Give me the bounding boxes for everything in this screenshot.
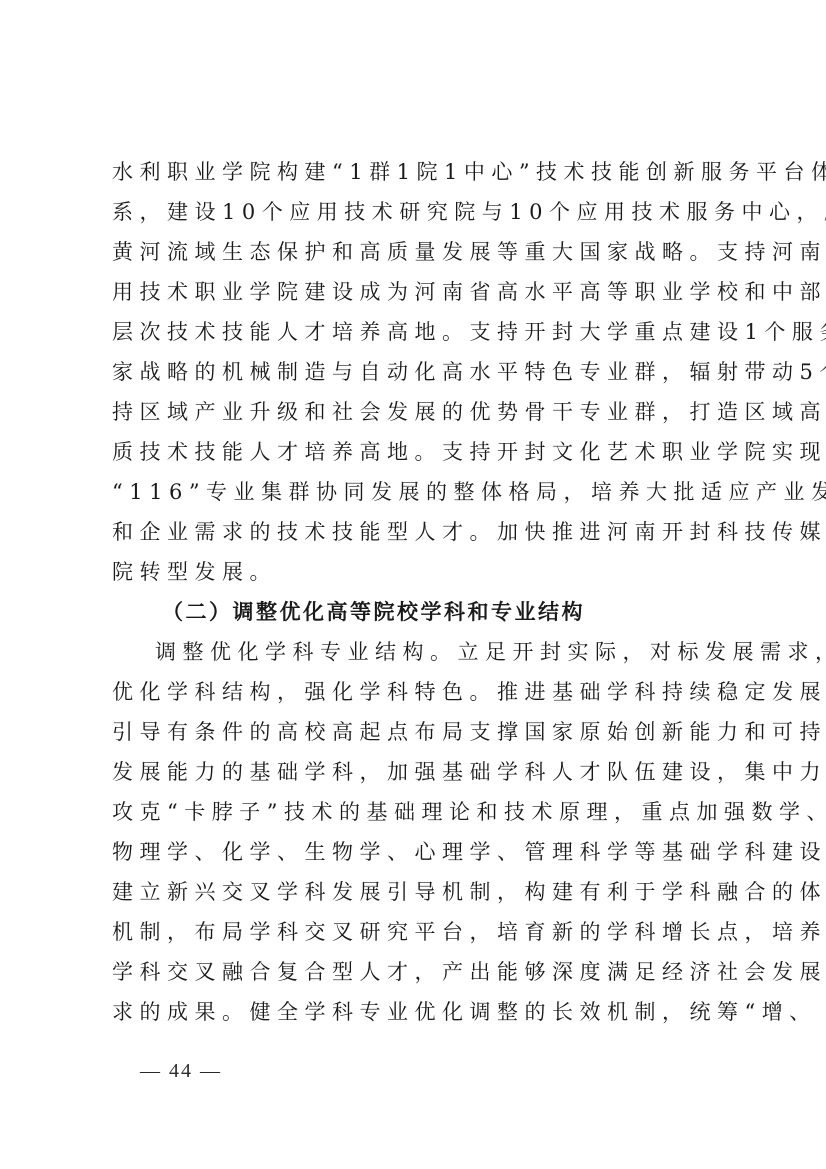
text-line: 和企业需求的技术技能型人才。加快推进河南开封科技传媒学 bbox=[112, 512, 724, 552]
text-line: 攻克“卡脖子”技术的基础理论和技术原理，重点加强数学、 bbox=[112, 792, 724, 832]
paragraph-institutions: 水利职业学院构建“1群1院1中心”技术技能创新服务平台体 系，建设10个应用技术… bbox=[112, 152, 724, 592]
text-line: 调整优化学科专业结构。立足开封实际，对标发展需求， bbox=[112, 632, 724, 672]
text-line: 发展能力的基础学科，加强基础学科人才队伍建设，集中力量 bbox=[112, 752, 724, 792]
section-heading: （二）调整优化高等院校学科和专业结构 bbox=[112, 592, 724, 632]
text-line: “116”专业集群协同发展的整体格局，培养大批适应产业发展 bbox=[112, 472, 724, 512]
text-line: 黄河流域生态保护和高质量发展等重大国家战略。支持河南应 bbox=[112, 232, 724, 272]
text-line: 学科交叉融合复合型人才，产出能够深度满足经济社会发展需 bbox=[112, 952, 724, 992]
text-line: 优化学科结构，强化学科特色。推进基础学科持续稳定发展， bbox=[112, 672, 724, 712]
text-line: 水利职业学院构建“1群1院1中心”技术技能创新服务平台体 bbox=[112, 152, 724, 192]
text-line: 求的成果。健全学科专业优化调整的长效机制，统筹“增、 bbox=[112, 992, 724, 1032]
text-line: 引导有条件的高校高起点布局支撑国家原始创新能力和可持续 bbox=[112, 712, 724, 752]
page-body: 水利职业学院构建“1群1院1中心”技术技能创新服务平台体 系，建设10个应用技术… bbox=[112, 152, 724, 1032]
text-line: 系，建设10个应用技术研究院与10个应用技术服务中心，服务 bbox=[112, 192, 724, 232]
text-line: 院转型发展。 bbox=[112, 552, 724, 592]
text-line: 建立新兴交叉学科发展引导机制，构建有利于学科融合的体制 bbox=[112, 872, 724, 912]
text-line: 层次技术技能人才培养高地。支持开封大学重点建设1个服务国 bbox=[112, 312, 724, 352]
text-line: 家战略的机械制造与自动化高水平特色专业群，辐射带动5个支 bbox=[112, 352, 724, 392]
text-line: 用技术职业学院建设成为河南省高水平高等职业学校和中部高 bbox=[112, 272, 724, 312]
text-line: 持区域产业升级和社会发展的优势骨干专业群，打造区域高素 bbox=[112, 392, 724, 432]
page-number: — 44 — bbox=[140, 1060, 222, 1083]
text-line: 物理学、化学、生物学、心理学、管理科学等基础学科建设。 bbox=[112, 832, 724, 872]
text-line: 机制，布局学科交叉研究平台，培育新的学科增长点，培养多 bbox=[112, 912, 724, 952]
paragraph-discipline-structure: 调整优化学科专业结构。立足开封实际，对标发展需求， 优化学科结构，强化学科特色。… bbox=[112, 632, 724, 1032]
text-line: 质技术技能人才培养高地。支持开封文化艺术职业学院实现 bbox=[112, 432, 724, 472]
